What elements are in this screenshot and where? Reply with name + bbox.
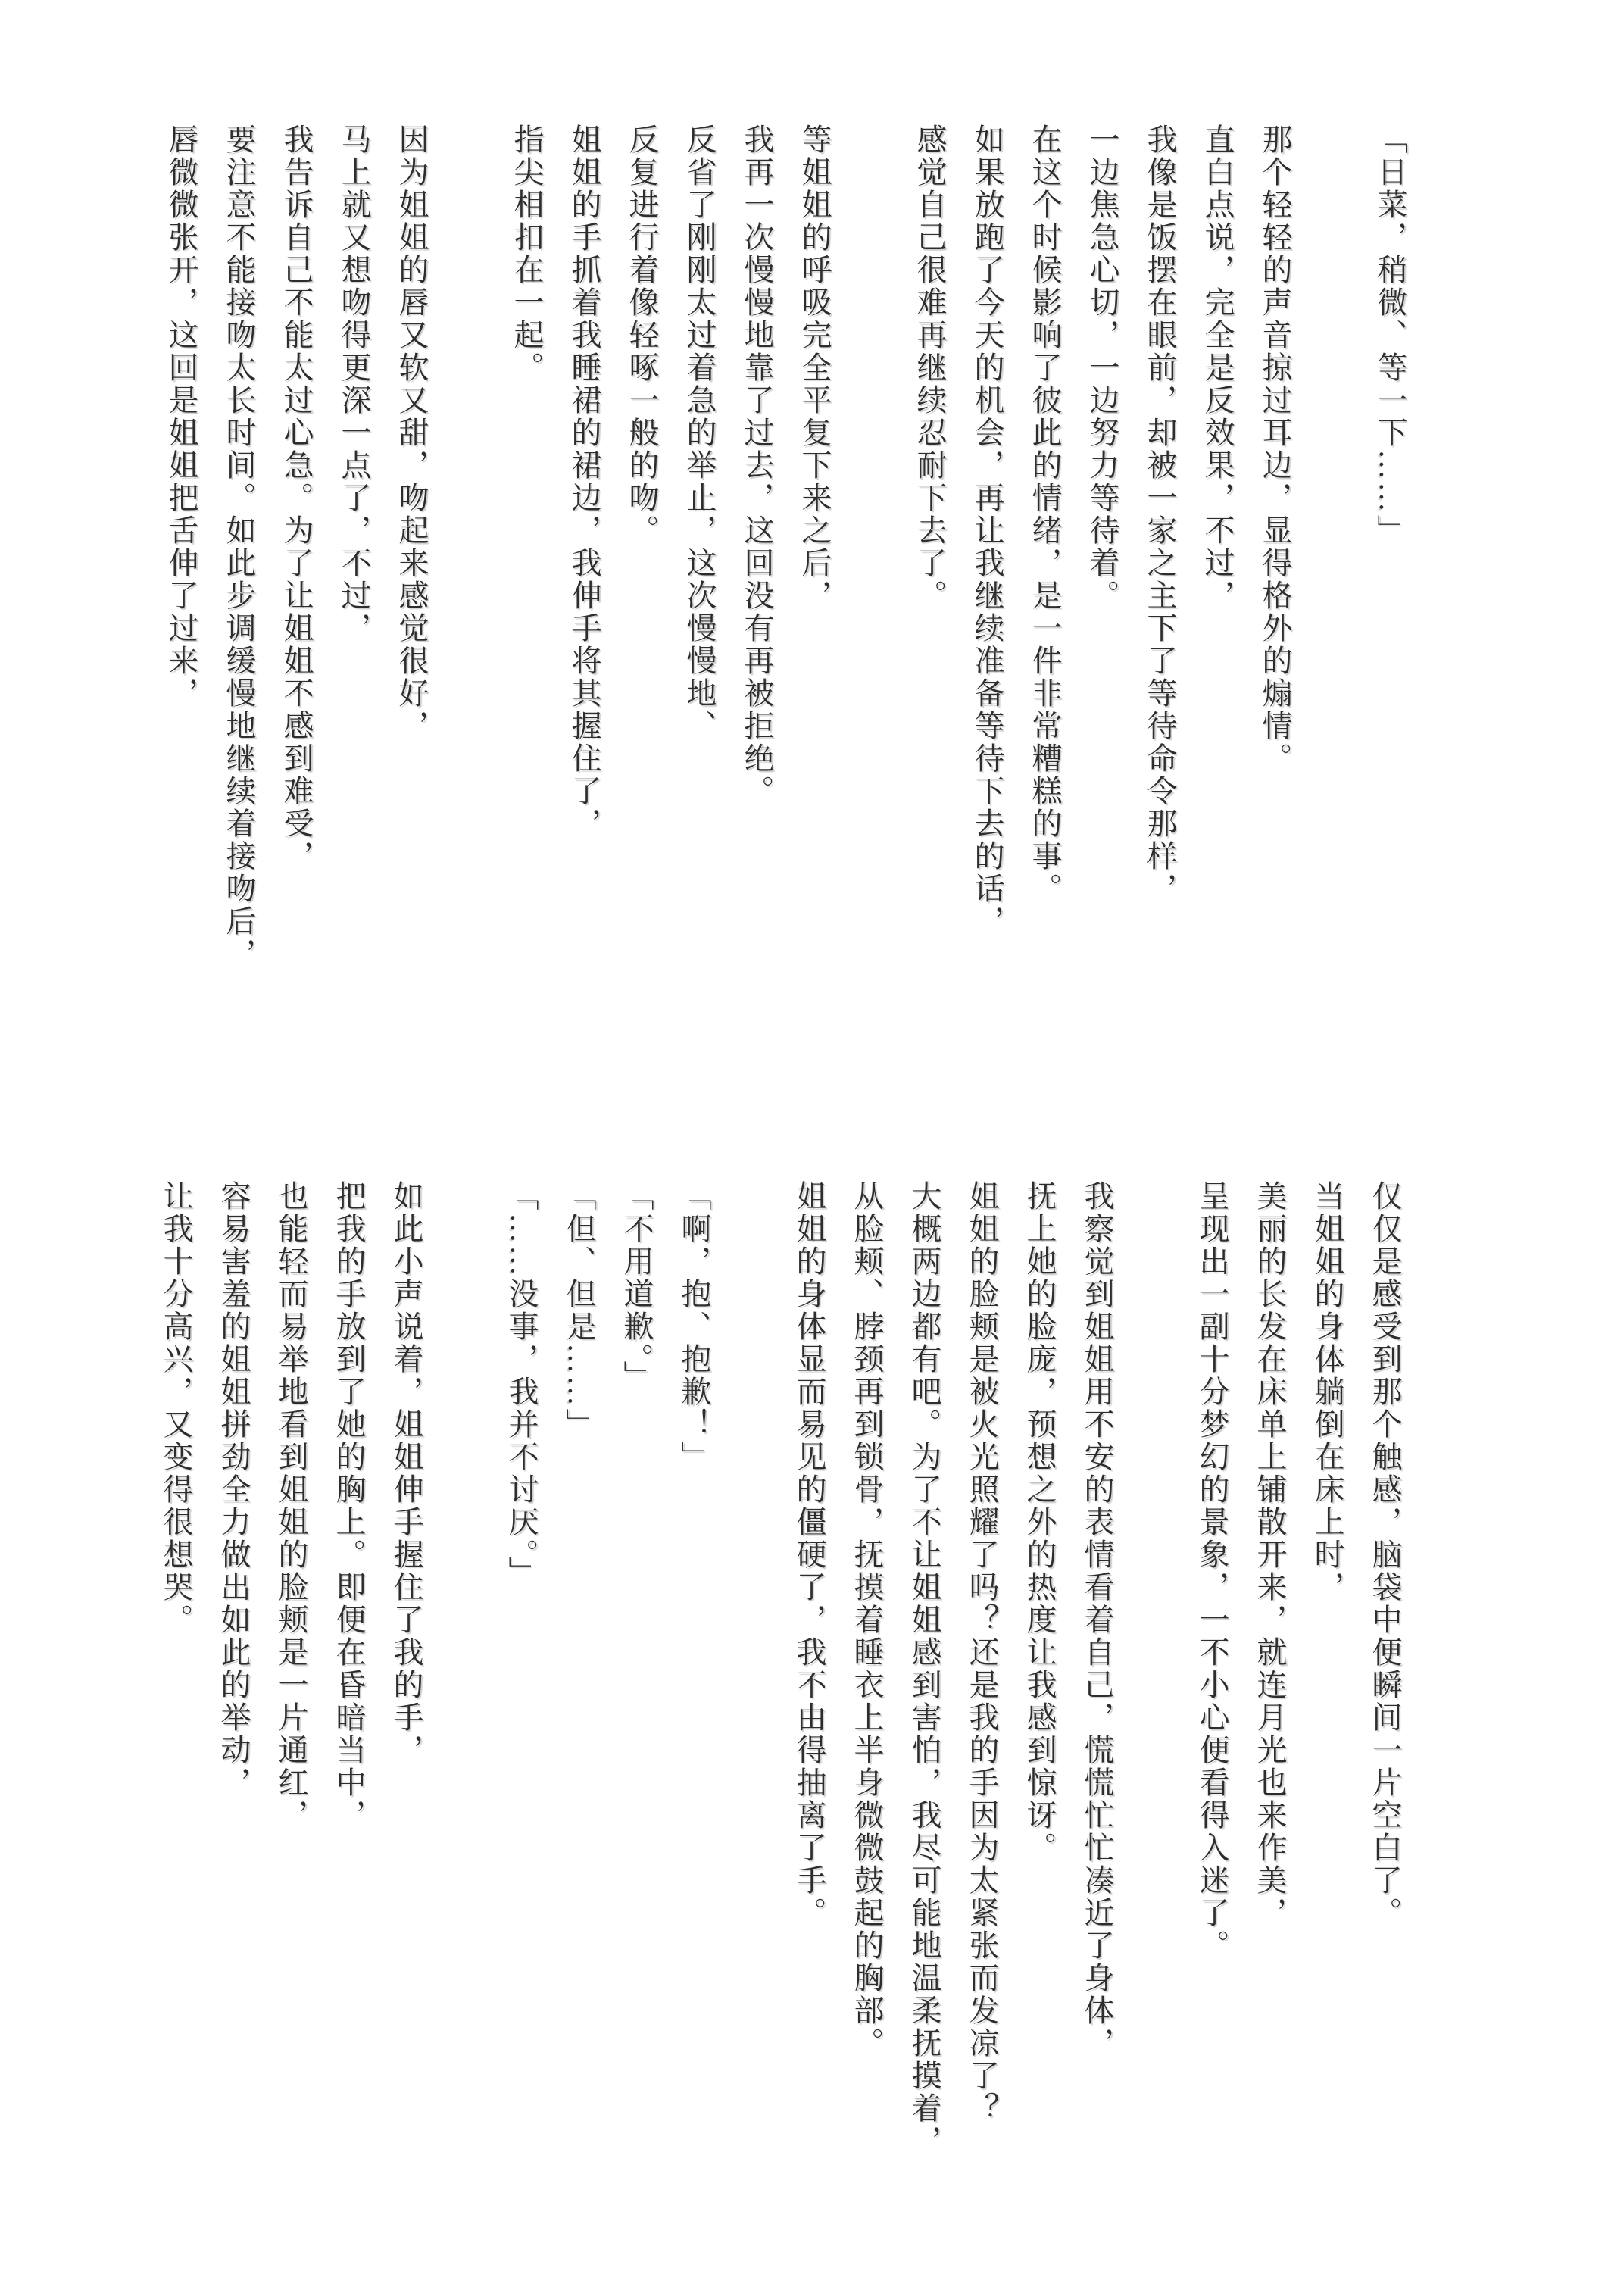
text-line: 容易害羞的姐姐拼劲全力做出如此的举动，	[205, 1180, 262, 1799]
novel-page: 「日菜，稍微、等一下……」 那个轻轻的声音掠过耳边，显得格外的煽情。 直白点说，…	[0, 0, 1608, 2296]
text-line: 美丽的长发在床单上铺散开来，就连月光也来作美，	[1241, 1180, 1298, 1929]
text-line: 指尖相扣在一起。	[498, 123, 555, 384]
text-line: 在这个时候影响了彼此的情绪，是一件非常糟糕的事。	[1016, 123, 1073, 905]
text-line: 「日菜，稍微、等一下……」	[1361, 123, 1419, 547]
text-line: 我察觉到姐姐用不安的表情看着自己，慌慌忙忙凑近了身体，	[1068, 1180, 1126, 2060]
dialogue-line: 「不用道歉。」	[607, 1180, 665, 1393]
text-line: 当姐姐的身体躺倒在床上时，	[1298, 1180, 1356, 1604]
text-line: 如此小声说着，姐姐伸手握住了我的手，	[377, 1180, 435, 1767]
text-line: 唇微微张开，这回是姐姐把舌伸了过来，	[152, 123, 210, 710]
dialogue-line: 「但、但是……」	[550, 1180, 607, 1441]
text-line: 姐姐的手抓着我睡裙的裙边，我伸手将其握住了，	[555, 123, 613, 840]
text-line: 让我十分高兴，又变得很想哭。	[147, 1180, 205, 1636]
text-line: 反复进行着像轻啄一般的吻。	[613, 123, 670, 547]
text-line: 姐姐的身体显而易见的僵硬了，我不由得抽离了手。	[780, 1180, 838, 1929]
text-line: 因为姐姐的唇又软又甜，吻起来感觉很好，	[382, 123, 440, 742]
text-line: 仅仅是感受到那个触感，脑袋中便瞬间一片空白了。	[1356, 1180, 1413, 1929]
dialogue-line: 「……没事，我并不讨厌。」	[492, 1180, 550, 1588]
text-line: 要注意不能接吻太长时间。如此步调缓慢地继续着接吻后，	[210, 123, 267, 970]
text-line: 马上就又想吻得更深一点了，不过，	[325, 123, 382, 645]
text-line: 把我的手放到了她的胸上。即便在昏暗当中，	[320, 1180, 377, 1832]
text-line: 也能轻而易举地看到姐姐的脸颊是一片通红，	[262, 1180, 320, 1832]
text-line: 大概两边都有吧。为了不让姐姐感到害怕，我尽可能地温柔抚摸着，	[895, 1180, 953, 2157]
text-line: 我告诉自己不能太过心急。为了让姐姐不感到难受，	[267, 123, 325, 873]
text-line: 我像是饭摆在眼前，却被一家之主下了等待命令那样，	[1131, 123, 1188, 905]
text-line: 从脸颊、脖颈再到锁骨，抚摸着睡衣上半身微微鼓起的胸部。	[838, 1180, 895, 2060]
text-line: 那个轻轻的声音掠过耳边，显得格外的煽情。	[1246, 123, 1304, 775]
text-line: 等姐姐的呼吸完全平复下来之后，	[785, 123, 843, 612]
text-line: 抚上她的脸庞，预想之外的热度让我感到惊讶。	[1010, 1180, 1068, 1864]
text-line: 一边焦急心切，一边努力等待着。	[1073, 123, 1131, 612]
text-line: 感觉自己很难再继续忍耐下去了。	[901, 123, 958, 612]
text-line: 呈现出一副十分梦幻的景象，一不小心便看得入迷了。	[1183, 1180, 1241, 1962]
text-line: 如果放跑了今天的机会，再让我继续准备等待下去的话，	[958, 123, 1016, 938]
text-line: 我再一次慢慢地靠了过去，这回没有再被拒绝。	[728, 123, 785, 808]
dialogue-line: 「啊，抱、抱歉！」	[665, 1180, 723, 1473]
text-line: 直白点说，完全是反效果，不过，	[1188, 123, 1246, 612]
text-line: 反省了刚刚太过着急的举止，这次慢慢地、	[670, 123, 728, 742]
text-line: 姐姐的脸颊是被火光照耀了吗？还是我的手因为太紧张而发凉了？	[953, 1180, 1010, 2125]
